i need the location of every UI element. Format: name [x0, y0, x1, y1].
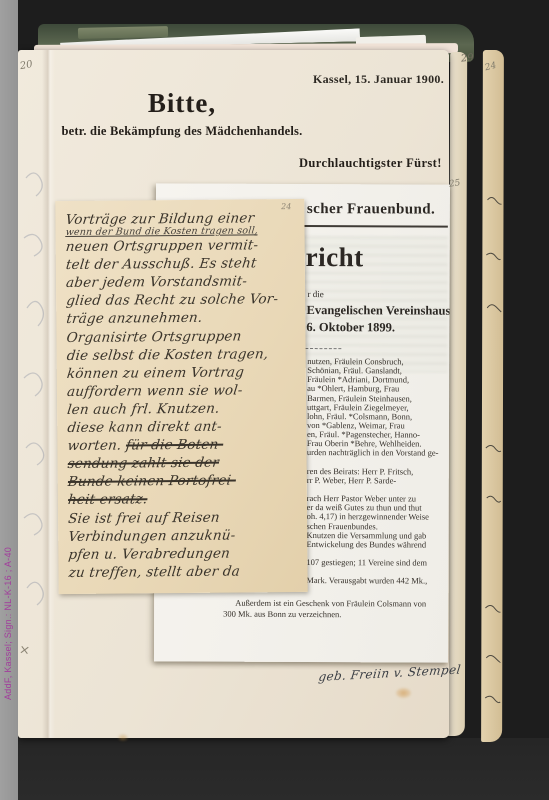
note-line: träge anzunehmen.: [65, 309, 300, 329]
bleedthrough-marks: [18, 158, 50, 658]
paper-stain: [118, 734, 128, 741]
masthead-rule: [304, 225, 448, 228]
note-line: neuen Ortsgruppen vermit-: [65, 237, 300, 257]
handwritten-note: 24 Vorträge zur Bildung einer wenn der B…: [55, 199, 307, 594]
note-line: die selbst die Kosten tragen,: [66, 346, 301, 366]
report-date-fragment: 6. Oktober 1899.: [306, 320, 395, 335]
color-reference-strip: AddF, Kassel; Sign.: NL-K-16 ; A-40: [0, 0, 18, 800]
pencil-cross-mark: ×: [18, 642, 31, 658]
report-closing: Außerdem ist ein Geschenk von Fräulein C…: [223, 598, 450, 620]
note-line: Organisirte Ortsgruppen: [65, 328, 300, 348]
report-body-line: Mark. Verausgabt wurden 442 Mk.,: [306, 576, 450, 586]
report-body-line: Entwickelung des Bundes während: [306, 540, 450, 550]
petition-heading: Bitte, betr. die Bekämpfung des Mädchenh…: [56, 88, 308, 139]
page-edge-strip: [448, 52, 467, 736]
report-masthead-fragment: scher Frauenbund.: [307, 201, 435, 219]
petition-subject: betr. die Bekämpfung des Mädchenhandels.: [56, 124, 308, 139]
scan-background-bottom: [0, 738, 549, 800]
note-line: pfen u. Verabredungen: [67, 545, 302, 565]
report-divider: [305, 348, 341, 349]
archive-signature-label: AddF, Kassel; Sign.: NL-K-16 ; A-40: [3, 540, 13, 700]
note-line: Verbindungen anzuknü-: [67, 527, 302, 547]
note-line: zu treffen, stellt aber da: [68, 563, 303, 583]
note-line: Sie ist frei auf Reisen: [67, 508, 302, 528]
note-line: auffordern wenn sie wol-: [66, 382, 301, 402]
report-body-line: urden nachträglich in den Vorstand ge-: [307, 448, 450, 458]
note-line: heit ersatz.: [67, 490, 302, 510]
note-line: können zu einem Vortrag: [66, 364, 301, 384]
marginalia-squiggles: [482, 50, 504, 742]
page-edge-strip-handwriting: [481, 50, 504, 742]
note-line: diese kann direkt ant-: [66, 418, 301, 438]
report-venue-fragment: Evangelischen Vereinshaus: [306, 303, 450, 319]
paper-stain: [396, 688, 411, 698]
petition-dateline: Kassel, 15. Januar 1900.: [313, 72, 444, 87]
report-body-line: 107 gestiegen; 11 Vereine sind dem: [306, 558, 450, 568]
report-closing-line: 300 Mk. aus Bonn zu verzeichnen.: [223, 608, 450, 620]
pencil-number-20: 20: [19, 59, 33, 72]
note-text: Vorträge zur Bildung einer wenn der Bund…: [65, 210, 301, 583]
report-closing-line: Außerdem ist ein Geschenk von Fräulein C…: [223, 598, 450, 610]
note-line: worten. für die Boten-: [66, 436, 301, 456]
report-body-line: rr P. Weber, Herr P. Sarde-: [307, 476, 450, 486]
archival-scan: Kassel, 15. Januar 1900. Bitte, betr. di…: [0, 0, 549, 800]
petition-salutation: Durchlauchtigster Fürst!: [299, 156, 442, 171]
report-subtitle-fragment: r die: [308, 289, 324, 299]
signature-text: geb. Freiin v. Stempel: [318, 662, 470, 684]
report-body: nutzen, Fräulein Consbruch, Schönian, Fr…: [306, 357, 450, 586]
report-title-fragment: richt: [306, 242, 364, 273]
petition-title: Bitte,: [56, 88, 308, 119]
binding-tab: [78, 26, 168, 39]
pencil-number-29: 29: [460, 52, 474, 64]
pencil-number-25: 25: [448, 178, 461, 189]
note-line: len auch frl. Knutzen.: [66, 400, 301, 420]
